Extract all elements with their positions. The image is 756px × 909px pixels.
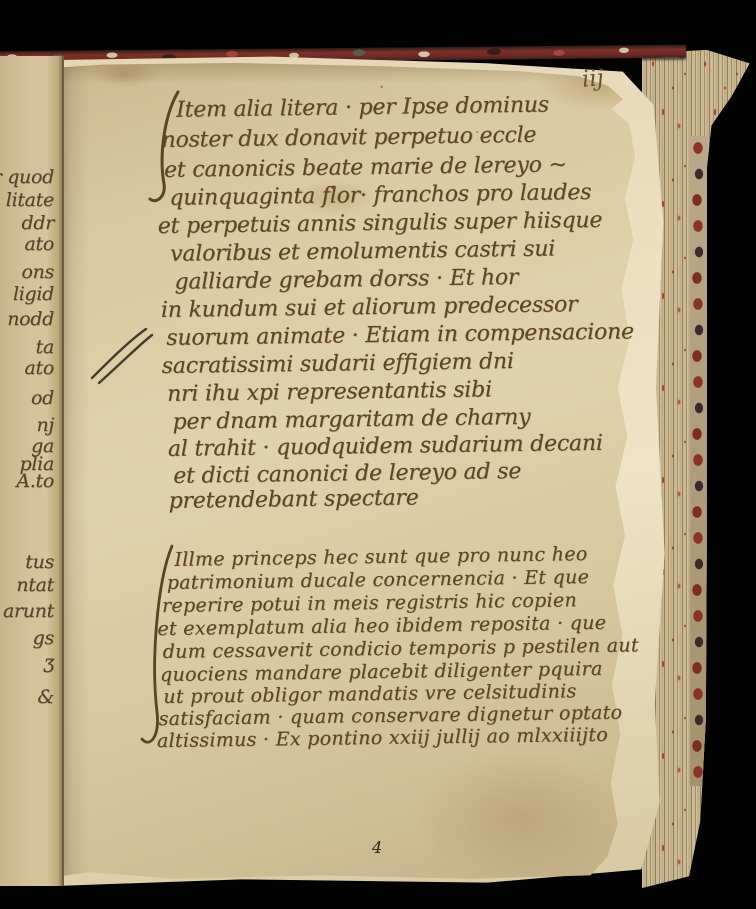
initial-flourish-icon [138,540,180,752]
nota-mark-icon [86,320,158,388]
folio-number: iij [581,65,605,93]
quire-mark: 4 [372,838,382,857]
manuscript-photo: r quodlitateddratoonsligidnoddtaatoodnjg… [0,0,756,909]
initial-flourish-icon [146,88,188,210]
handwriting-layer: Item alia litera · per Ipse dominusnoste… [0,0,756,909]
paragraph-closing-note: Illme princeps hec sunt que pro nunc heo… [0,0,756,909]
